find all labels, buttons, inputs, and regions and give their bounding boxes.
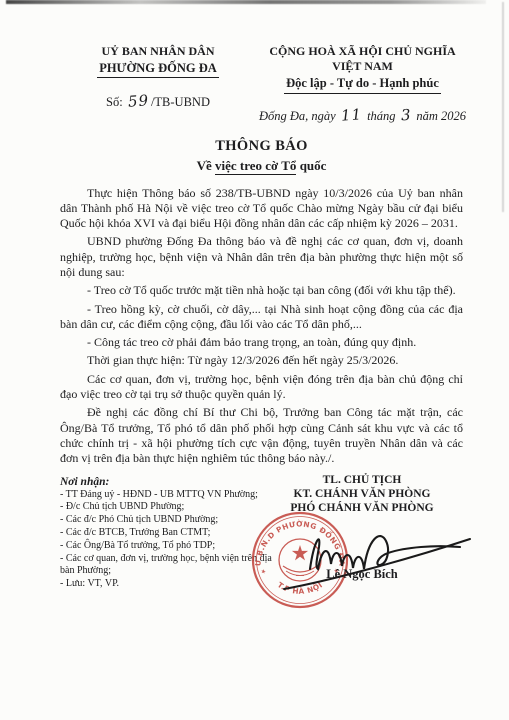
body-paragraph: Thời gian thực hiện: Từ ngày 12/3/2026 đ… bbox=[60, 353, 463, 368]
doc-number-label: Số: bbox=[106, 95, 123, 109]
subtitle-suffix: quốc bbox=[300, 158, 327, 173]
scan-edge-artifact bbox=[6, 0, 486, 4]
day-handwritten: 11 bbox=[340, 105, 362, 124]
month-label: tháng bbox=[367, 109, 395, 123]
issuer-block: UỶ BAN NHÂN DÂN PHƯỜNG ĐỐNG ĐA Số: 59/TB… bbox=[60, 44, 256, 124]
recipients-block: Nơi nhận: - TT Đảng uỷ - HĐND - UB MTTQ … bbox=[60, 476, 278, 591]
subtitle-prefix: Về bbox=[197, 158, 212, 173]
signature-authority: TL. CHỦ TỊCH bbox=[262, 473, 462, 487]
national-line1: CỘNG HOÀ XÃ HỘI CHỦ NGHĨA VIỆT NAM bbox=[256, 44, 469, 74]
signer-name: Lê Ngọc Bích bbox=[292, 567, 432, 582]
recipient-item: - Lưu: VT, VP. bbox=[60, 578, 278, 591]
body-paragraph: Đề nghị các đồng chí Bí thư Chi bộ, Trưở… bbox=[60, 405, 463, 466]
body-paragraph: Thực hiện Thông báo số 238/TB-UBND ngày … bbox=[60, 186, 463, 232]
recipient-item: - Các Ông/Bà Tổ trưởng, Tổ phó TDP; bbox=[60, 540, 278, 553]
issuer-line2: PHƯỜNG ĐỐNG ĐA bbox=[97, 60, 219, 78]
issuer-line1: UỶ BAN NHÂN DÂN bbox=[60, 44, 256, 59]
subtitle-underlined: việc treo cờ Tổ bbox=[215, 158, 296, 175]
scan-edge-artifact bbox=[502, 2, 504, 212]
doc-number-suffix: /TB-UBND bbox=[151, 95, 210, 109]
signature-block: TL. CHỦ TỊCH KT. CHÁNH VĂN PHÒNG PHÓ CHÁ… bbox=[262, 473, 462, 515]
title-block: THÔNG BÁO Về việc treo cờ Tổ quốc bbox=[0, 138, 509, 174]
place-date: Đống Đa, ngày 11 tháng 3 năm 2026 bbox=[256, 106, 469, 124]
doc-number-value-handwritten: 59 bbox=[127, 91, 149, 110]
recipient-item: - Đ/c Chủ tịch UBND Phường; bbox=[60, 501, 278, 514]
body-paragraph: - Công tác treo cờ phải đảm bảo trang tr… bbox=[60, 335, 463, 350]
document-subtitle: Về việc treo cờ Tổ quốc bbox=[14, 158, 509, 174]
document-header: UỶ BAN NHÂN DÂN PHƯỜNG ĐỐNG ĐA Số: 59/TB… bbox=[0, 0, 509, 124]
body-paragraph: UBND phường Đống Đa thông báo và đề nghị… bbox=[60, 234, 463, 280]
recipients-list: - TT Đảng uỷ - HĐND - UB MTTQ VN Phường;… bbox=[60, 489, 278, 591]
place-date-prefix: Đống Đa, ngày bbox=[259, 109, 336, 123]
recipient-item: - Các đ/c Phó Chủ tịch UBND Phường; bbox=[60, 514, 278, 527]
recipient-item: - Các đ/c BTCB, Trưởng Ban CTMT; bbox=[60, 527, 278, 540]
document-footer: Nơi nhận: - TT Đảng uỷ - HĐND - UB MTTQ … bbox=[0, 473, 509, 720]
body-paragraph: - Treo cờ Tổ quốc trước mặt tiền nhà hoặ… bbox=[60, 283, 463, 298]
document-title: THÔNG BÁO bbox=[14, 138, 509, 155]
month-handwritten: 3 bbox=[400, 105, 412, 124]
document-body: Thực hiện Thông báo số 238/TB-UBND ngày … bbox=[0, 174, 509, 467]
body-paragraph: Các cơ quan, đơn vị, trường học, bệnh vi… bbox=[60, 372, 463, 403]
stamp-star-icon: ★ bbox=[259, 567, 268, 575]
national-line2: Độc lập - Tự do - Hạnh phúc bbox=[284, 76, 441, 94]
handwritten-signature bbox=[274, 517, 474, 602]
recipients-label: Nơi nhận: bbox=[60, 476, 278, 488]
signature-deputy-for: KT. CHÁNH VĂN PHÒNG bbox=[262, 487, 462, 501]
body-paragraph: - Treo hồng kỳ, cờ chuối, cờ dây,... tại… bbox=[60, 302, 463, 333]
recipient-item: - TT Đảng uỷ - HĐND - UB MTTQ VN Phường; bbox=[60, 489, 278, 502]
year-label: năm 2026 bbox=[416, 109, 466, 123]
recipient-item: - Các cơ quan, đơn vị, trường học, bệnh … bbox=[60, 553, 278, 579]
document-number: Số: 59/TB-UBND bbox=[60, 92, 256, 110]
national-motto-block: CỘNG HOÀ XÃ HỘI CHỦ NGHĨA VIỆT NAM Độc l… bbox=[256, 44, 469, 124]
document-page: UỶ BAN NHÂN DÂN PHƯỜNG ĐỐNG ĐA Số: 59/TB… bbox=[0, 0, 509, 720]
